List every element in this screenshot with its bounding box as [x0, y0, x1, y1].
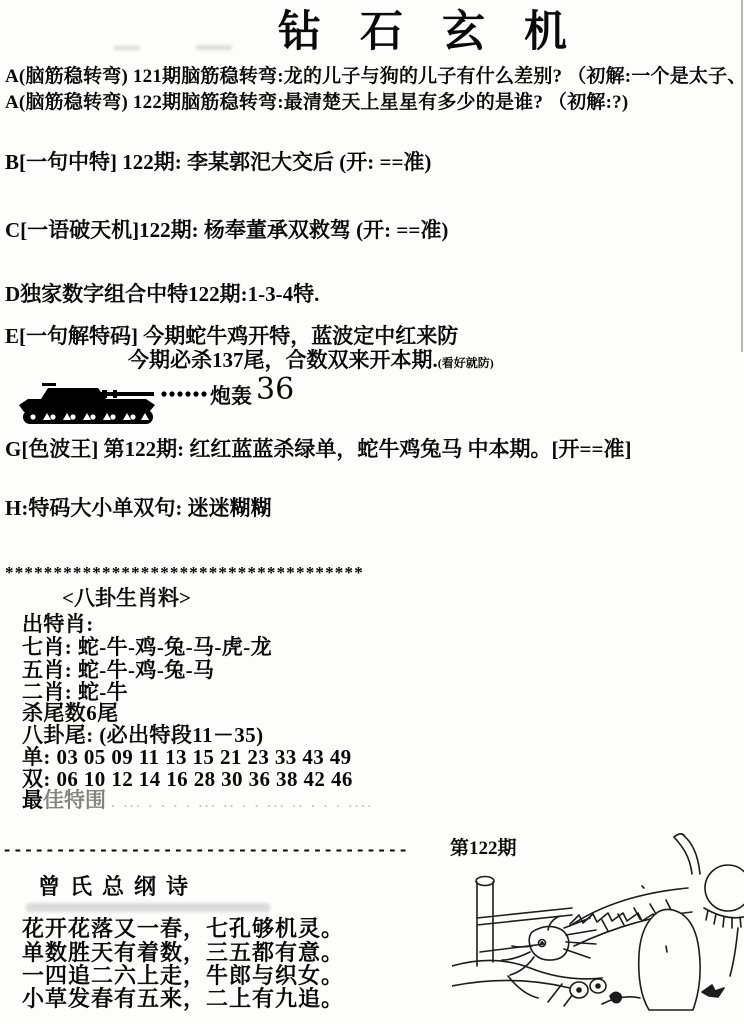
section-b-line: B[一句中特] 122期: 李某郭汜大交后 (开: ==准) [5, 146, 431, 176]
faded-tail: . ... . . . . ... .. . . ... .. . . . ..… [111, 795, 374, 810]
section-e-text: 今期必杀137尾，合数双来开本期. [128, 348, 438, 372]
poem-line: 单数胜天有着数，三五都有意。 [22, 941, 344, 964]
star-divider: ************************************* [5, 563, 364, 583]
scan-artifact-line [741, 0, 743, 352]
tank-icon [18, 379, 208, 425]
poem-line: 一四追二六上走，牛郎与织女。 [22, 964, 344, 987]
dash-divider: -------------------------------------- [2, 842, 409, 861]
section-c-line: C[一语破天机]122期: 杨奉董承双救驾 (开: ==准) [5, 214, 448, 244]
faded-text: 佳特围 [43, 788, 106, 812]
scan-smudge [114, 46, 140, 50]
cannon-banner: 炮轰 36 [18, 379, 294, 425]
riddle-line-121: A(脑筋稳转弯) 121期脑筋稳转弯:龙的儿子与狗的儿子有什么差别? （初解:一… [5, 61, 744, 88]
faded-char: 最 [22, 788, 43, 812]
dragon-illustration [452, 826, 744, 1022]
poem-line: 花开花落又一春，七孔够机灵。 [22, 917, 344, 940]
section-g-line: G[色波王] 第122期: 红红蓝蓝杀绿单，蛇牛鸡兔马 中本期。[开==准] [5, 433, 631, 463]
page-title: 钻石玄机 [278, 10, 606, 56]
poem-heading: 曾氏总纲诗 [38, 870, 198, 901]
poem-line: 小草发春有五来，二上有九追。 [22, 987, 344, 1010]
cannon-label: 炮轰 [210, 380, 252, 410]
section-d-line: D独家数字组合中特122期:1-3-4特. [5, 278, 319, 308]
section-h-line: H:特码大小单双句: 迷迷糊糊 [5, 492, 272, 522]
riddle-line-122: A(脑筋稳转弯) 122期脑筋稳转弯:最清楚天上星星有多少的是谁? （初解:?) [5, 87, 628, 114]
section-e-note: (看好就防) [438, 356, 494, 370]
scan-smudge [196, 45, 232, 50]
scan-smudge [26, 903, 270, 912]
section-e-line2: 今期必杀137尾，合数双来开本期.(看好就防) [128, 344, 494, 374]
zodiac-faded-row: 最佳特围 . ... . . . . ... .. . . ... .. . .… [22, 784, 374, 814]
cannon-number: 36 [256, 377, 294, 403]
